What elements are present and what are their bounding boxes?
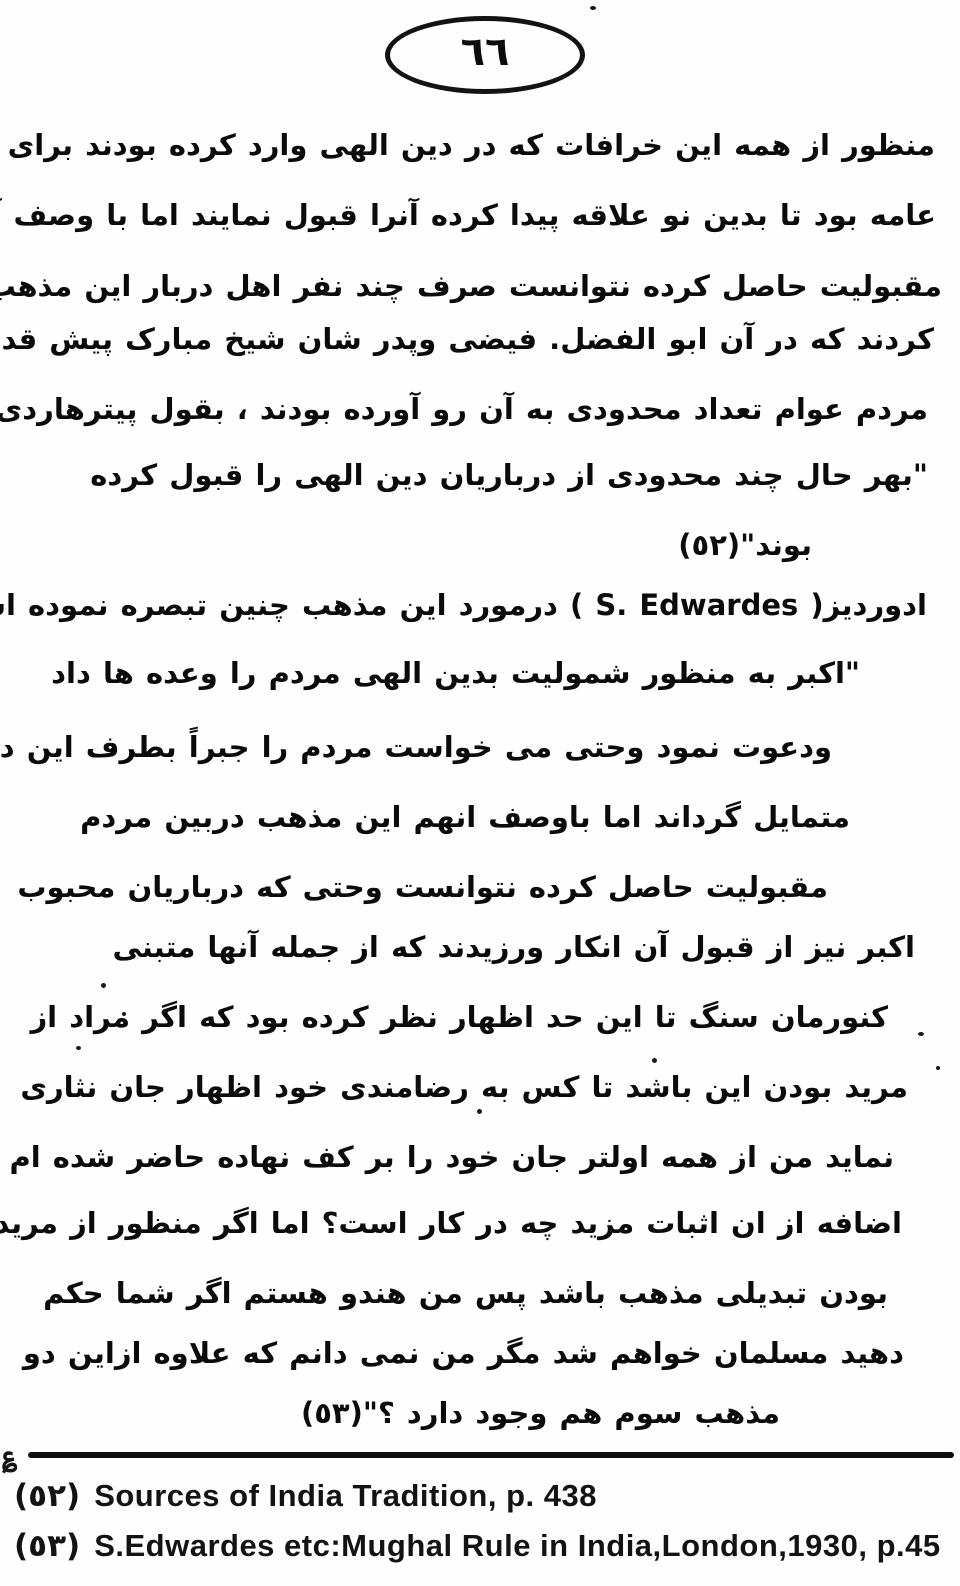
- paragraph-line: منظور از همه این خرافات که در دین الهی و…: [0, 128, 935, 162]
- hardy-quote-ref-line: بوند"(٥٢): [678, 528, 812, 562]
- footnote-text: S.Edwardes etc:Mughal Rule in India,Lond…: [94, 1528, 940, 1563]
- edwardes-quote-line: ودعوت نمود وحتی می خواست مردم را جبراً ب…: [0, 730, 832, 764]
- edwardes-quote-line: مقبولیت حاصل کرده نتوانست وحتی که درباری…: [17, 870, 828, 904]
- footnote-divider: [28, 1452, 954, 1458]
- scan-artifact-squiggle: ؏: [2, 1443, 17, 1469]
- scan-artifact-dot: [918, 1032, 924, 1036]
- footnote: (٥٣)S.Edwardes etc:Mughal Rule in India,…: [14, 1528, 941, 1564]
- edwardes-quote-ref-line: مذهب سوم هم وجود دارد ؟"(٥٣): [301, 1396, 780, 1430]
- scanned-book-page: ٦٦ منظور از همه این خرافات که در دین اله…: [0, 0, 960, 1586]
- edwardes-quote-line: "اکبر به منظور شمولیت بدین الهی مردم را …: [51, 656, 860, 690]
- scan-artifact-dot: [652, 1058, 657, 1063]
- paragraph-line: عامه بود تا بدین نو علاقه پیدا کرده آنرا…: [0, 198, 936, 232]
- page-number-badge: ٦٦: [385, 16, 585, 94]
- edwardes-quote-line: کنورمان سنگ تا این حد اظهار نظر کرده بود…: [30, 1000, 888, 1034]
- hardy-quote-line: "بهر حال چند محدودی از درباریان دین الهی…: [90, 458, 928, 492]
- edwardes-quote-line: بودن تبدیلی مذهب باشد پس من هندو هستم اگ…: [43, 1276, 888, 1310]
- edwardes-quote-line: اضافه از ان اثبات مزید چه در کار است؟ ام…: [0, 1206, 902, 1240]
- page-number: ٦٦: [461, 29, 510, 75]
- scan-artifact-dot: [477, 1109, 482, 1114]
- footnote: (٥٢)Sources of India Tradition, p. 438: [14, 1478, 597, 1514]
- footnote-marker: (٥٣): [14, 1528, 80, 1564]
- paragraph-line: کردند که در آن ابو الفضل. فیضی وپدر شان …: [0, 322, 934, 356]
- edwardes-quote-line: اکبر نیز از قبول آن انکار ورزیدند که از …: [112, 930, 915, 964]
- edwardes-attribution-line: ادوردیز( S. Edwardes ) درمورد این مذهب چ…: [0, 588, 927, 622]
- scan-artifact-dot: [122, 1012, 126, 1016]
- edwardes-quote-line: مرید بودن این باشد تا کس به رضامندی خود …: [20, 1070, 908, 1104]
- paragraph-line: مردم عوام تعداد محدودی به آن رو آورده بو…: [0, 392, 928, 426]
- scan-artifact-dot: [936, 1066, 940, 1070]
- edwardes-quote-line: دهید مسلمان خواهم شد مگر من نمی دانم که …: [23, 1336, 904, 1370]
- scan-artifact-dot: [101, 983, 106, 988]
- edwardes-quote-line: متمایل گرداند اما باوصف انهم این مذهب در…: [80, 800, 850, 834]
- footnote-marker: (٥٢): [14, 1478, 80, 1514]
- footnote-text: Sources of India Tradition, p. 438: [94, 1478, 597, 1513]
- edwardes-quote-line: نماید من از همه اولتر جان خود را بر کف ن…: [9, 1140, 894, 1174]
- scan-artifact-dot: [76, 1046, 81, 1050]
- scan-artifact-dot: [590, 6, 596, 10]
- paragraph-line: مقبولیت حاصل کرده نتوانست صرف چند نفر اه…: [0, 269, 942, 303]
